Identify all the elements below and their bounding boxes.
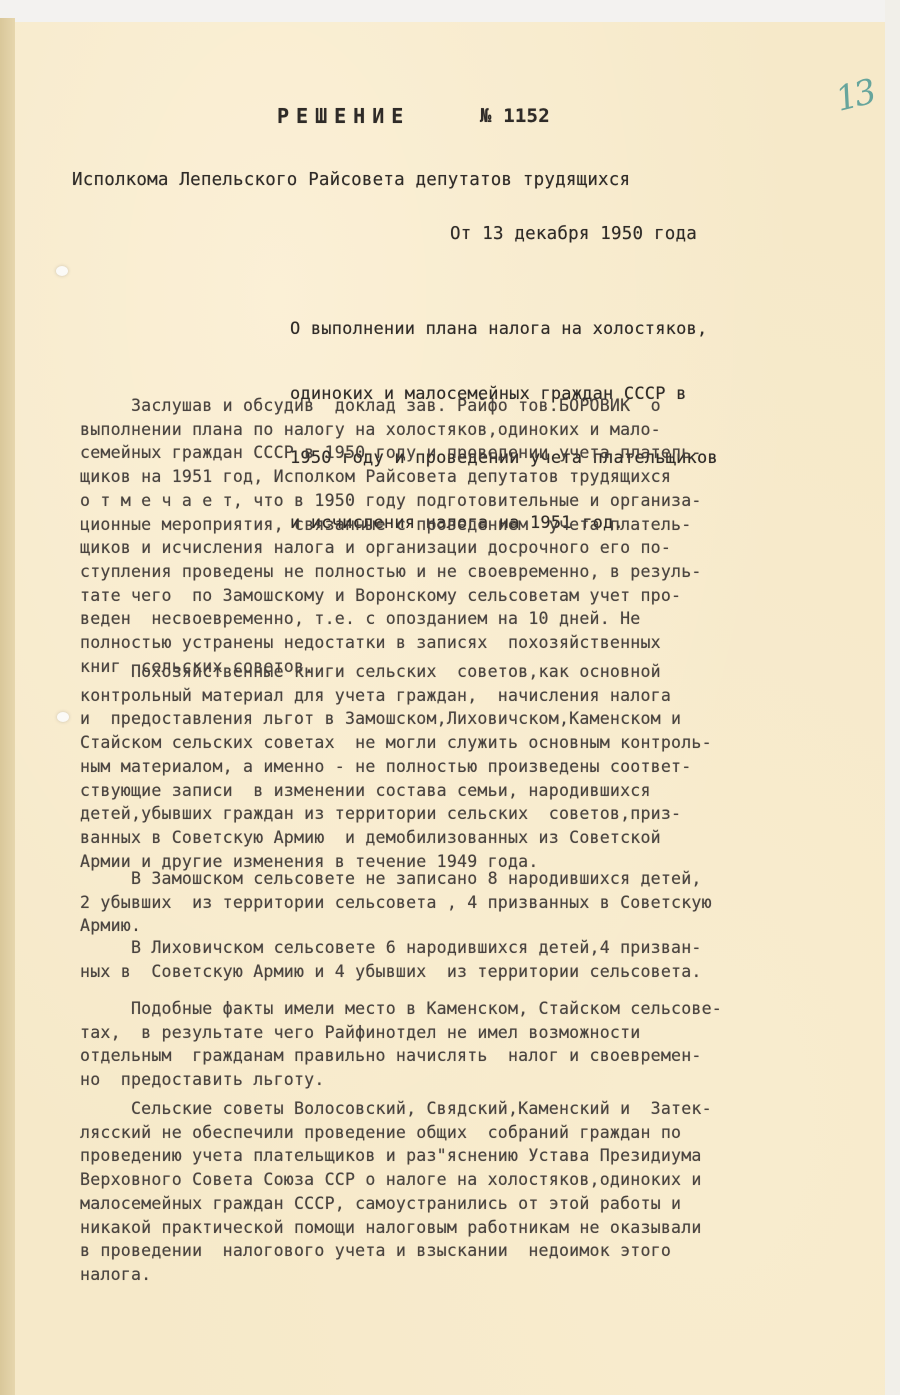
text-line: ванных в Советскую Армию и демобилизован… bbox=[80, 826, 712, 850]
text-line: налога. bbox=[80, 1263, 712, 1287]
text-line: 2 убывших из территории сельсовета , 4 п… bbox=[80, 891, 712, 915]
text-line: Стайском сельских советах не могли служи… bbox=[80, 731, 712, 755]
text-line: ционные мероприятия, связанные с проведе… bbox=[80, 513, 702, 537]
text-line: лясский не обеспечили проведение общих с… bbox=[80, 1121, 712, 1145]
text-line: но предоставить льготу. bbox=[80, 1068, 722, 1092]
subject-line: О выполнении плана налога на холостяков, bbox=[290, 319, 718, 341]
document-title: РЕШЕНИЕ bbox=[277, 104, 410, 128]
text-line: Верховного Совета Союза ССР о налоге на … bbox=[80, 1168, 712, 1192]
paragraph-household-books: Похозяйственные книги сельских советов,к… bbox=[80, 660, 712, 873]
text-line: Похозяйственные книги сельских советов,к… bbox=[80, 660, 712, 684]
text-line: в проведении налогового учета и взыскани… bbox=[80, 1239, 712, 1263]
text-line: и предоставления льгот в Замошском,Лихов… bbox=[80, 707, 712, 731]
text-line: тах, в результате чего Райфинотдел не им… bbox=[80, 1021, 722, 1045]
text-line: Армию. bbox=[80, 914, 712, 938]
text-line: В Лиховичском сельсовете 6 народившихся … bbox=[80, 936, 702, 960]
text-line: Сельские советы Волосовский, Свядский,Ка… bbox=[80, 1097, 712, 1121]
paragraph-similar-facts: Подобные факты имели место в Каменском, … bbox=[80, 997, 722, 1092]
text-line: щиков на 1951 год, Исполком Райсовета де… bbox=[80, 465, 702, 489]
scan-background bbox=[0, 0, 900, 22]
scan-margin-right bbox=[885, 0, 900, 1395]
document-date: От 13 декабря 1950 года bbox=[450, 222, 697, 246]
text-line: Заслушав и обсудив доклад зав. Райфо тов… bbox=[80, 394, 702, 418]
text-line: о т м е ч а е т, что в 1950 году подгото… bbox=[80, 489, 702, 513]
paragraph-likhovichsky: В Лиховичском сельсовете 6 народившихся … bbox=[80, 936, 702, 983]
text-line: отдельным гражданам правильно начислять … bbox=[80, 1044, 722, 1068]
text-line: ствующие записи в изменении состава семь… bbox=[80, 779, 712, 803]
text-line: малосемейных граждан СССР, самоустранили… bbox=[80, 1192, 712, 1216]
text-line: семейных граждан СССР в 1950 году и пров… bbox=[80, 441, 702, 465]
text-line: тате чего по Замошскому и Воронскому сел… bbox=[80, 584, 702, 608]
text-line: ным материалом, а именно - не полностью … bbox=[80, 755, 712, 779]
text-line: Подобные факты имели место в Каменском, … bbox=[80, 997, 722, 1021]
text-line: ных в Советскую Армию и 4 убывших из тер… bbox=[80, 960, 702, 984]
text-line: никакой практической помощи налоговым ра… bbox=[80, 1216, 712, 1240]
text-line: выполнении плана по налогу на холостяков… bbox=[80, 418, 702, 442]
text-line: проведению учета плательщиков и раз"ясне… bbox=[80, 1144, 712, 1168]
paper-damage-spot bbox=[56, 266, 68, 276]
paragraph-zamoshsky: В Замошском сельсовете не записано 8 нар… bbox=[80, 867, 712, 938]
paragraph-report-findings: Заслушав и обсудив доклад зав. Райфо тов… bbox=[80, 394, 702, 678]
text-line: детей,убывших граждан из территории сель… bbox=[80, 802, 712, 826]
paper-damage-spot bbox=[57, 712, 69, 722]
text-line: веден несвоевременно, т.е. с опозданием … bbox=[80, 607, 702, 631]
text-line: щиков и исчисления налога и организации … bbox=[80, 536, 702, 560]
document-number: № 1152 bbox=[480, 104, 550, 128]
text-line: В Замошском сельсовете не записано 8 нар… bbox=[80, 867, 712, 891]
binding-spine bbox=[0, 18, 15, 1395]
text-line: контрольный материал для учета граждан, … bbox=[80, 684, 712, 708]
text-line: полностью устранены недостатки в записях… bbox=[80, 631, 702, 655]
paragraph-village-councils: Сельские советы Волосовский, Свядский,Ка… bbox=[80, 1097, 712, 1287]
text-line: ступления проведены не полностью и не св… bbox=[80, 560, 702, 584]
issuing-body: Исполкома Лепельского Райсовета депутато… bbox=[72, 168, 630, 192]
